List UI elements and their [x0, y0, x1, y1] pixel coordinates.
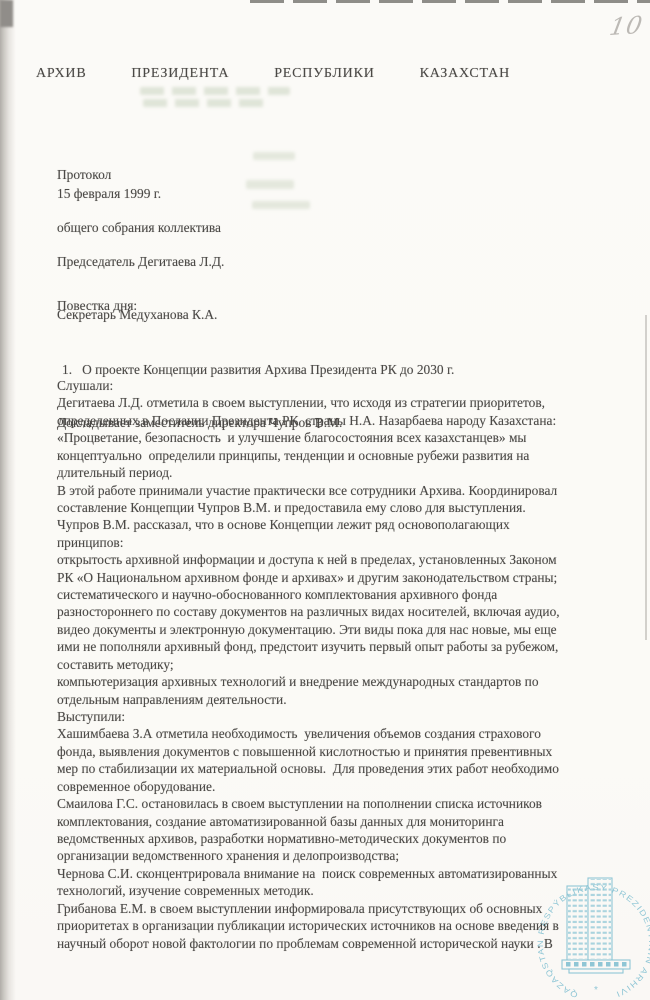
body-line: принципов:: [57, 534, 560, 551]
body-line: ими не пополняли архивный фонд, предстои…: [57, 638, 560, 655]
body-line: комплектования, создание автоматизирован…: [57, 813, 560, 830]
archive-stamp: QAZAQSTAN RESPÝBLIKASY PREZIDENTINIÑ ARH…: [536, 871, 650, 1000]
bleed-through-artifact: [140, 87, 290, 95]
bleed-through-artifact: [253, 152, 295, 160]
body-line: видео документы и электронную документац…: [57, 621, 560, 638]
bleed-through-artifact: [246, 180, 294, 189]
letterhead: АРХИВ ПРЕЗИДЕНТА РЕСПУБЛИКИ КАЗАХСТАН: [36, 66, 510, 82]
body-line: мер по стабилизации их материальной осно…: [57, 760, 560, 777]
letterhead-word: РЕСПУБЛИКИ: [274, 66, 374, 82]
body-line: Грибанова Е.М. в своем выступлении инфор…: [57, 900, 560, 917]
agenda-item-line: 1. О проекте Концепции развития Архива П…: [62, 361, 454, 379]
bleed-through-artifact: [143, 99, 271, 107]
chairman-line: Председатель Дегитаева Л.Д.: [57, 253, 224, 271]
body-line: Чернова С.И. сконцентрировала внимание н…: [57, 865, 560, 882]
body-line: составить методику;: [57, 656, 560, 673]
body-line: фонда, выявления документов с повышенной…: [57, 743, 560, 760]
body-line: концептуально определили принципы, тенде…: [57, 447, 560, 464]
stamp-star: *: [594, 985, 598, 996]
body-line: Смаилова Г.С. остановилась в своем высту…: [57, 795, 560, 812]
body-line: Слушали:: [57, 377, 560, 394]
body-line: систематического и научно-обоснованного …: [57, 586, 560, 603]
body-line: составление Концепции Чупров В.М. и пред…: [57, 499, 560, 516]
body-line: Хашимбаева З.А отметила необходимость ув…: [57, 725, 560, 742]
body-line: определенных в Послании Президента РК ст…: [57, 412, 560, 429]
scan-top-edge-marks: [250, 0, 650, 3]
body-line: отдельным направлениям деятельности.: [57, 691, 560, 708]
body-line: ведомственных архивов, разработки нормат…: [57, 830, 560, 847]
body-line: открытость архивной информации и доступа…: [57, 551, 560, 568]
bleed-through-artifact: [252, 201, 310, 209]
body-line: организации ведомственного хранения и де…: [57, 847, 560, 864]
letterhead-word: КАЗАХСТАН: [420, 66, 510, 82]
body-text: Слушали:Дегитаева Л.Д. отметила в своем …: [57, 377, 560, 952]
body-line: современное оборудование.: [57, 778, 560, 795]
body-line: длительный период.: [57, 464, 560, 481]
body-line: Дегитаева Л.Д. отметила в своем выступле…: [57, 394, 560, 411]
document-date: 15 февраля 1999 г.: [57, 185, 161, 203]
letterhead-word: АРХИВ: [36, 66, 86, 82]
agenda-heading: Повестка дня:: [57, 297, 137, 315]
body-line: Чупров В.М. рассказал, что в основе Конц…: [57, 516, 560, 533]
body-line: технологий, изучение современных методик…: [57, 882, 560, 899]
scan-left-edge-shadow: [0, 0, 18, 1000]
document-title-line: Протокол: [57, 166, 221, 184]
body-line: Выступили:: [57, 708, 560, 725]
body-line: приоритетах в организации публикации ист…: [57, 917, 560, 934]
scanned-document-page: 10 АРХИВ ПРЕЗИДЕНТА РЕСПУБЛИКИ КАЗАХСТАН…: [0, 0, 650, 1000]
body-line: РК «О Национальном архивном фонде и архи…: [57, 569, 560, 586]
body-line: научный оборот новой фактологии по пробл…: [57, 935, 560, 952]
body-line: компьютеризация архивных технологий и вн…: [57, 673, 560, 690]
body-line: разностороннего по составу документов на…: [57, 603, 560, 620]
handwritten-page-number: 10: [607, 11, 645, 41]
scan-top-left-corner-shadow: [0, 0, 13, 27]
scan-right-edge-line: [645, 315, 647, 640]
body-line: В этой работе принимали участие практиче…: [57, 482, 560, 499]
letterhead-word: ПРЕЗИДЕНТА: [131, 66, 229, 82]
body-line: «Процветание, безопасность и улучшение б…: [57, 429, 560, 446]
